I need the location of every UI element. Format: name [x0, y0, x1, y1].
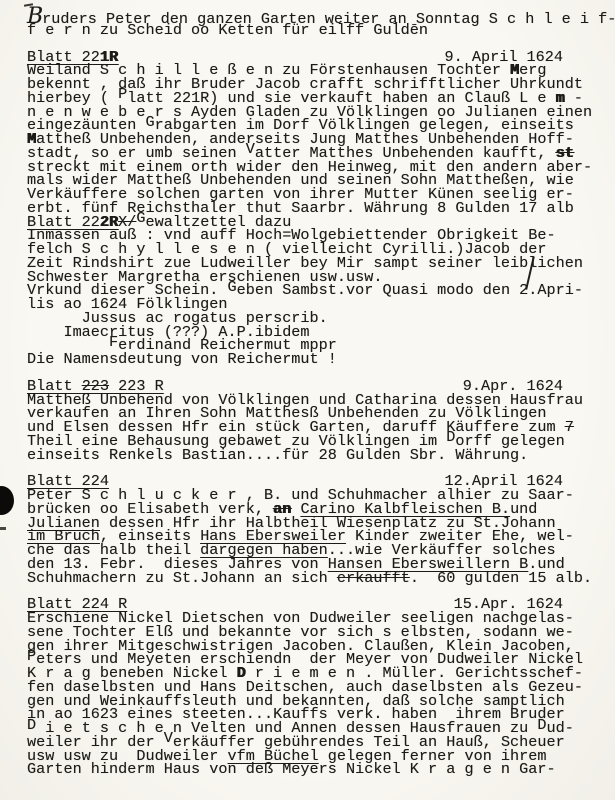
- text-line: Die Namensdeutung von Reichermut !: [27, 353, 615, 367]
- text-segment: erkaufft: [337, 569, 410, 587]
- text-segment: f e r n zu Scheid oo Ketten für eilff Gu…: [27, 21, 428, 39]
- text-segment: D: [27, 716, 36, 734]
- text-segment: Die Namensdeutung von Reichermut !: [27, 350, 337, 368]
- text-line: einseits Renkels Bastian....für 28 Gulde…: [27, 449, 615, 463]
- text-segment: eben Sambst.vor Quasi modo den 2.Apri-: [237, 281, 583, 299]
- text-segment: . 60 gulden 15 alb.: [410, 569, 592, 587]
- text-segment: D: [446, 428, 455, 446]
- text-segment: Garten hinderm Haus von deß Meyers Nicke…: [27, 760, 556, 778]
- text-segment: einseits Renkels Bastian....für 28 Gulde…: [27, 446, 528, 464]
- page: { "colors": { "paper": "#f8f6f0", "ink":…: [0, 0, 615, 800]
- text-segment: V: [246, 140, 255, 158]
- text-segment: G: [136, 209, 145, 227]
- text-segment: P: [27, 647, 36, 665]
- stray-tick-mark: [0, 527, 6, 530]
- text-segment: V: [164, 729, 173, 747]
- text-segment: Schuhmachern zu St.Johann an sich: [27, 569, 337, 587]
- text-line: f e r n zu Scheid oo Ketten für eilff Gu…: [27, 24, 615, 38]
- text-line: Schuhmachern zu St.Johann an sich erkauf…: [27, 572, 615, 586]
- text-segment: F: [109, 333, 118, 351]
- text-segment: G: [145, 113, 154, 131]
- text-segment: P: [118, 85, 127, 103]
- document-page: Bruders Peter den ganzen Garten weiter a…: [0, 0, 615, 800]
- document-body: Bruders Peter den ganzen Garten weiter a…: [0, 0, 615, 777]
- text-segment: 7: [565, 418, 574, 436]
- text-line: Garten hinderm Haus von deß Meyers Nicke…: [27, 763, 615, 777]
- text-segment: G: [228, 278, 237, 296]
- text-segment: D: [537, 716, 546, 734]
